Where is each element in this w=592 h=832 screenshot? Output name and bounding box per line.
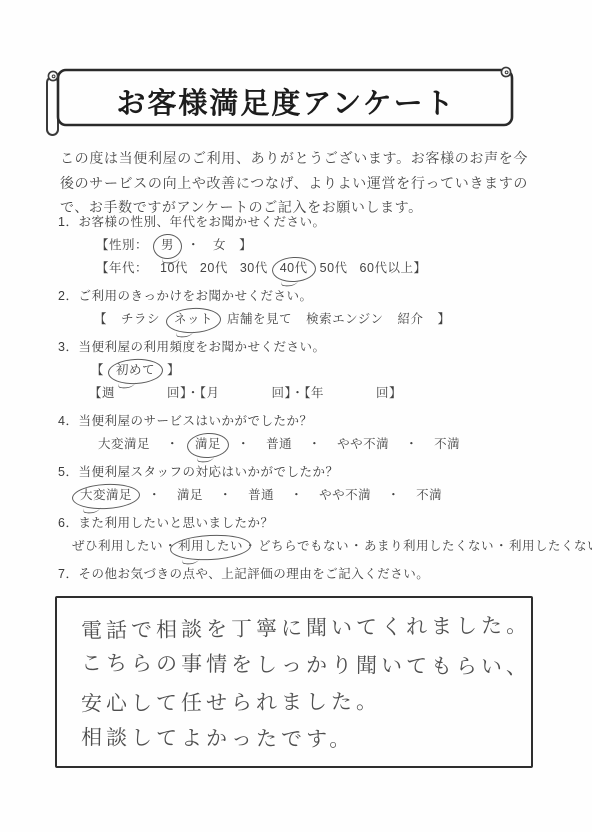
option: 60代以上】 [360, 261, 427, 276]
survey-sheet: お客様満足度アンケート この度は当便利屋のご利用、ありがとうございます。お客様の… [0, 0, 592, 832]
option: 店舗を見て [227, 312, 292, 327]
question: 5．当便利屋スタッフの対応はいかがでしたか？大変満足・満足・普通・やや不満・不満 [58, 465, 553, 503]
handwritten-comment-line: 安心して任せられました。 [81, 682, 531, 722]
selected-option: 40代 [280, 261, 308, 276]
page-title: お客様満足度アンケート [58, 81, 514, 122]
option: 普通 [266, 437, 292, 452]
question: 1．お客様の性別、年代をお聞かせください。【性別：男・女】【年代：10代20代3… [58, 215, 553, 276]
question-text: 6．また利用したいと思いましたか？ [58, 516, 553, 531]
option: 【性別： [96, 238, 148, 253]
option: ・ [187, 238, 200, 253]
option: 】 [167, 363, 180, 378]
option-row: 【週 回】・【月 回】・【年 回】 [58, 386, 553, 401]
question: 3．当便利屋の利用頻度をお聞かせください。【初めて】【週 回】・【月 回】・【年… [58, 340, 553, 401]
question-text: 4．当便利屋のサービスはいかがでしたか？ [58, 414, 553, 429]
option: 【 [94, 312, 107, 327]
question-text: 2．ご利用のきっかけをお聞かせください。 [58, 289, 553, 304]
option: ぜひ利用したい [72, 539, 163, 554]
option: ・ [387, 488, 400, 503]
option: ・ [495, 539, 508, 554]
option: ・ [308, 437, 321, 452]
option: 30代 [240, 261, 268, 276]
option: やや不満 [319, 488, 371, 503]
option: 普通 [248, 488, 274, 503]
option-row: 【性別：男・女】 [58, 238, 553, 253]
comment-box: 電話で相談を丁寧に聞いてくれました。 こちらの事情をしっかり聞いてもらい、 安心… [55, 596, 533, 768]
option: 検索エンジン [306, 312, 383, 327]
option: ・ [148, 488, 161, 503]
intro-text: この度は当便利屋のご利用、ありがとうございます。お客様のお声を今後のサービスの向… [60, 146, 528, 220]
question-text: 7．その他お気づきの点や、上記評価の理由をご記入ください。 [58, 567, 553, 582]
question: 4．当便利屋のサービスはいかがでしたか？大変満足・満足・普通・やや不満・不満 [58, 414, 553, 452]
question: 6．また利用したいと思いましたか？ぜひ利用したい・利用したい・どちらでもない・あ… [58, 516, 553, 554]
question-text: 3．当便利屋の利用頻度をお聞かせください。 [58, 340, 553, 355]
option: 】 [437, 312, 450, 327]
option: 紹介 [397, 312, 423, 327]
option: 50代 [320, 261, 348, 276]
handwritten-comment-line: 電話で相談を丁寧に聞いてくれました。 [81, 607, 531, 649]
question-text: 5．当便利屋スタッフの対応はいかがでしたか？ [58, 465, 553, 480]
option-row: ぜひ利用したい・利用したい・どちらでもない・あまり利用したくない・利用したくない [58, 539, 553, 554]
option: ・ [237, 437, 250, 452]
option: ・ [405, 437, 418, 452]
option: 大変満足 [98, 437, 150, 452]
option: チラシ [121, 312, 160, 327]
selected-option: 利用したい [178, 539, 243, 554]
option: あまり利用したくない [364, 539, 494, 554]
option: 【週 回】・【月 回】・【年 回】 [89, 386, 402, 401]
option: どちらでもない [258, 539, 349, 554]
selected-option: 満足 [195, 437, 221, 452]
option-row: 大変満足・満足・普通・やや不満・不満 [58, 437, 553, 452]
option: 満足 [177, 488, 203, 503]
question: 7．その他お気づきの点や、上記評価の理由をご記入ください。 [58, 567, 553, 582]
option: ・ [219, 488, 232, 503]
option-row: 【初めて】 [58, 363, 553, 378]
option: ・ [166, 437, 179, 452]
option: 不満 [434, 437, 460, 452]
selected-option: 大変満足 [80, 488, 132, 503]
questions-list: 1．お客様の性別、年代をお聞かせください。【性別：男・女】【年代：10代20代3… [58, 215, 553, 595]
option: 10代 [160, 261, 188, 276]
option-row: 【年代：10代20代30代40代50代60代以上】 [58, 261, 553, 276]
option: やや不満 [337, 437, 389, 452]
selected-option: 初めて [116, 363, 155, 378]
handwritten-comment-line: こちらの事情をしっかり聞いてもらい、 [81, 645, 531, 686]
option-row: 【チラシネット店舗を見て検索エンジン紹介】 [58, 312, 553, 327]
handwritten-comment-line: 相談してよかったです。 [81, 719, 531, 759]
option: 不満 [416, 488, 442, 503]
option-row: 大変満足・満足・普通・やや不満・不満 [58, 488, 553, 503]
option: 女 [213, 238, 226, 253]
question: 2．ご利用のきっかけをお聞かせください。【チラシネット店舗を見て検索エンジン紹介… [58, 289, 553, 327]
selected-option: ネット [174, 312, 213, 327]
title-banner: お客様満足度アンケート [44, 64, 524, 140]
selected-option: 男 [161, 238, 174, 253]
option: ・ [290, 488, 303, 503]
option: 【 [91, 363, 104, 378]
option: ・ [350, 539, 363, 554]
option: 【年代： [96, 261, 148, 276]
option: 20代 [200, 261, 228, 276]
question-text: 1．お客様の性別、年代をお聞かせください。 [58, 215, 553, 230]
option: 】 [239, 238, 252, 253]
option: 利用したくない [509, 539, 592, 554]
